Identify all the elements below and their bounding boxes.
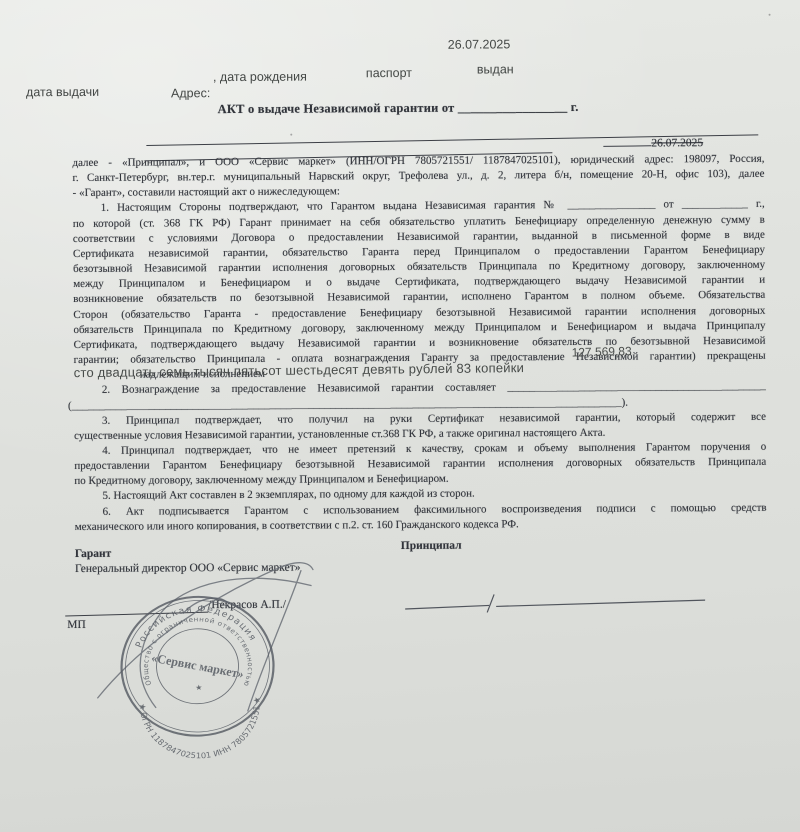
dust-speck xyxy=(290,134,292,136)
passport-label: паспорт xyxy=(366,66,412,80)
issue-date-label: дата выдачи xyxy=(26,85,99,99)
company-stamp: Российская Федерация ★ ОГРН 118784702510… xyxy=(113,589,281,744)
page-title: АКТ о выдаче Независимой гарантии от ___… xyxy=(148,99,648,117)
amount-digits-overlay: 127 569,83 xyxy=(571,344,631,359)
struck-date: 26.07.2025 xyxy=(651,137,703,149)
dust-speck xyxy=(769,14,771,16)
signature-slash xyxy=(487,594,494,612)
doc-body: далее - «Принципал», и ООО «Сервис марке… xyxy=(72,152,766,535)
doc-line-item-6: механического или иного копирования, в с… xyxy=(75,516,767,535)
paper-sheet: 26.07.2025 , дата рождения паспорт выдан… xyxy=(0,0,800,832)
signature-right-role: Принципал xyxy=(401,540,462,552)
signature-right-line-2 xyxy=(496,600,705,606)
stamp-center-text: «Сервис маркет» xyxy=(150,650,245,681)
document-photo: 26.07.2025 , дата рождения паспорт выдан… xyxy=(0,0,800,832)
stamp-ring-bottom-text: ★ ОГРН 1187847025101 ИНН 7805721551 ★ xyxy=(138,696,266,763)
signature-right-lines xyxy=(401,590,711,618)
birth-date-label: , дата рождения xyxy=(213,70,307,85)
svg-text:★ ОГРН 1187847025101 ИНН 78057: ★ ОГРН 1187847025101 ИНН 7805721551 ★ xyxy=(138,696,266,763)
strike-line xyxy=(603,145,651,147)
signature-right-line-1 xyxy=(405,605,489,609)
stamp-star-icon: ★ xyxy=(195,683,203,692)
address-label: Адрес: xyxy=(171,86,210,100)
top-date: 26.07.2025 xyxy=(448,37,511,51)
issued-label: выдан xyxy=(477,62,514,76)
